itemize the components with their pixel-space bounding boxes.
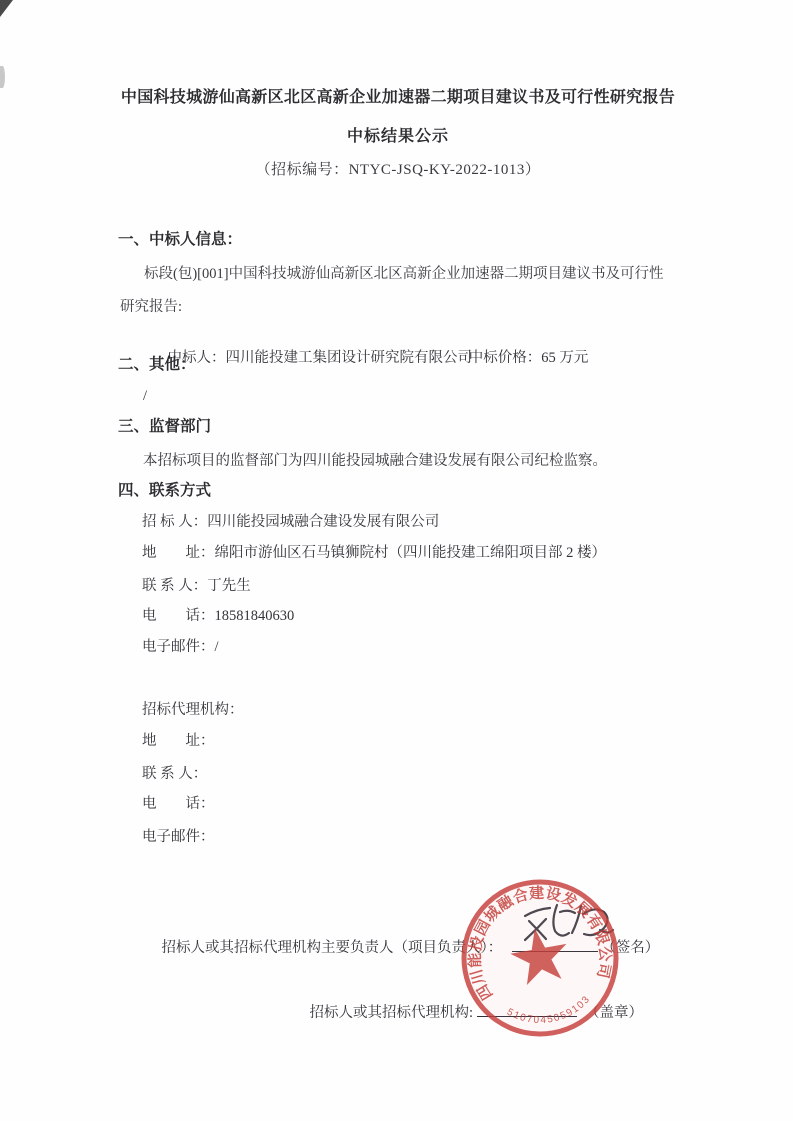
section-heading-other: 二、其他： <box>118 355 196 375</box>
section-heading-winner-info: 一、中标人信息： <box>118 230 242 250</box>
stamp-blank-line <box>477 1002 577 1017</box>
agency-row-email: 电子邮件： <box>142 827 215 847</box>
lot-paragraph: 标段(包)[001]中国科技城游仙高新区北区高新企业加速器二期项目建议书及可行性… <box>120 258 676 324</box>
row-value: 四川能投园城融合建设发展有限公司 <box>207 514 439 530</box>
leader-signature-suffix: （签名） <box>601 940 659 956</box>
row-label: 联 系 人： <box>142 766 207 782</box>
tenderer-row-email: 电子邮件：/ <box>142 637 219 657</box>
other-content: / <box>143 386 147 406</box>
price-value: 65 万元 <box>541 350 588 366</box>
winner-row: 中标人：四川能投建工集团设计研究院有限公司 中标价格：65 万元 <box>153 328 713 408</box>
tenderer-row-address: 地 址：绵阳市游仙区石马镇狮院村（四川能投建工绵阳项目部 2 楼） <box>142 543 606 563</box>
row-label: 联 系 人： <box>142 578 207 594</box>
row-value: 丁先生 <box>207 578 251 594</box>
org-stamp-row: 招标人或其招标代理机构:（盖章） <box>295 982 643 1043</box>
price-label: 中标价格： <box>469 350 542 366</box>
agency-row-address: 地 址： <box>142 731 215 751</box>
row-label: 电子邮件： <box>142 829 215 845</box>
leader-signature-label: 招标人或其招标代理机构主要负责人（项目负责人）： <box>162 940 503 956</box>
section-heading-contact: 四、联系方式 <box>118 481 211 501</box>
tenderer-row-phone: 电 话：18581840630 <box>142 606 294 626</box>
scanned-document-page: 中国科技城游仙高新区北区高新企业加速器二期项目建议书及可行性研究报告 中标结果公… <box>0 0 793 1122</box>
agency-row-name: 招标代理机构： <box>142 700 244 720</box>
row-label: 电 话： <box>142 796 215 812</box>
row-label: 电 话： <box>142 608 215 624</box>
tenderer-row-name: 招 标 人：四川能投园城融合建设发展有限公司 <box>142 512 439 532</box>
document-title-line1: 中国科技城游仙高新区北区高新企业加速器二期项目建议书及可行性研究报告 <box>120 88 676 108</box>
agency-row-contact-person: 联 系 人： <box>142 764 207 784</box>
supervision-content: 本招标项目的监督部门为四川能投园城融合建设发展有限公司纪检监察。 <box>143 451 607 471</box>
scan-artifact-corner <box>0 0 13 17</box>
signature-blank-line <box>512 937 598 952</box>
row-value: 18581840630 <box>215 608 295 624</box>
org-stamp-label: 招标人或其招标代理机构: <box>310 1005 474 1021</box>
row-value: / <box>215 639 219 655</box>
document-title-line2: 中标结果公示 <box>120 127 676 147</box>
row-label: 地 址： <box>142 545 215 561</box>
section-heading-supervision: 三、监督部门 <box>118 417 211 437</box>
scan-artifact-smudge <box>0 66 5 88</box>
tender-number: （招标编号：NTYC-JSQ-KY-2022-1013） <box>120 160 676 180</box>
winner-value: 四川能投建工集团设计研究院有限公司 <box>226 350 473 366</box>
row-label: 招标代理机构： <box>142 702 244 718</box>
row-label: 招 标 人： <box>142 514 207 530</box>
row-label: 地 址： <box>142 733 215 749</box>
org-stamp-suffix: （盖章） <box>585 1005 643 1021</box>
row-value: 绵阳市游仙区石马镇狮院村（四川能投建工绵阳项目部 2 楼） <box>215 545 607 561</box>
agency-row-phone: 电 话： <box>142 794 215 814</box>
leader-signature-row: 招标人或其招标代理机构主要负责人（项目负责人）：（签名） <box>147 917 659 978</box>
tenderer-row-contact-person: 联 系 人：丁先生 <box>142 576 251 596</box>
row-label: 电子邮件： <box>142 639 215 655</box>
